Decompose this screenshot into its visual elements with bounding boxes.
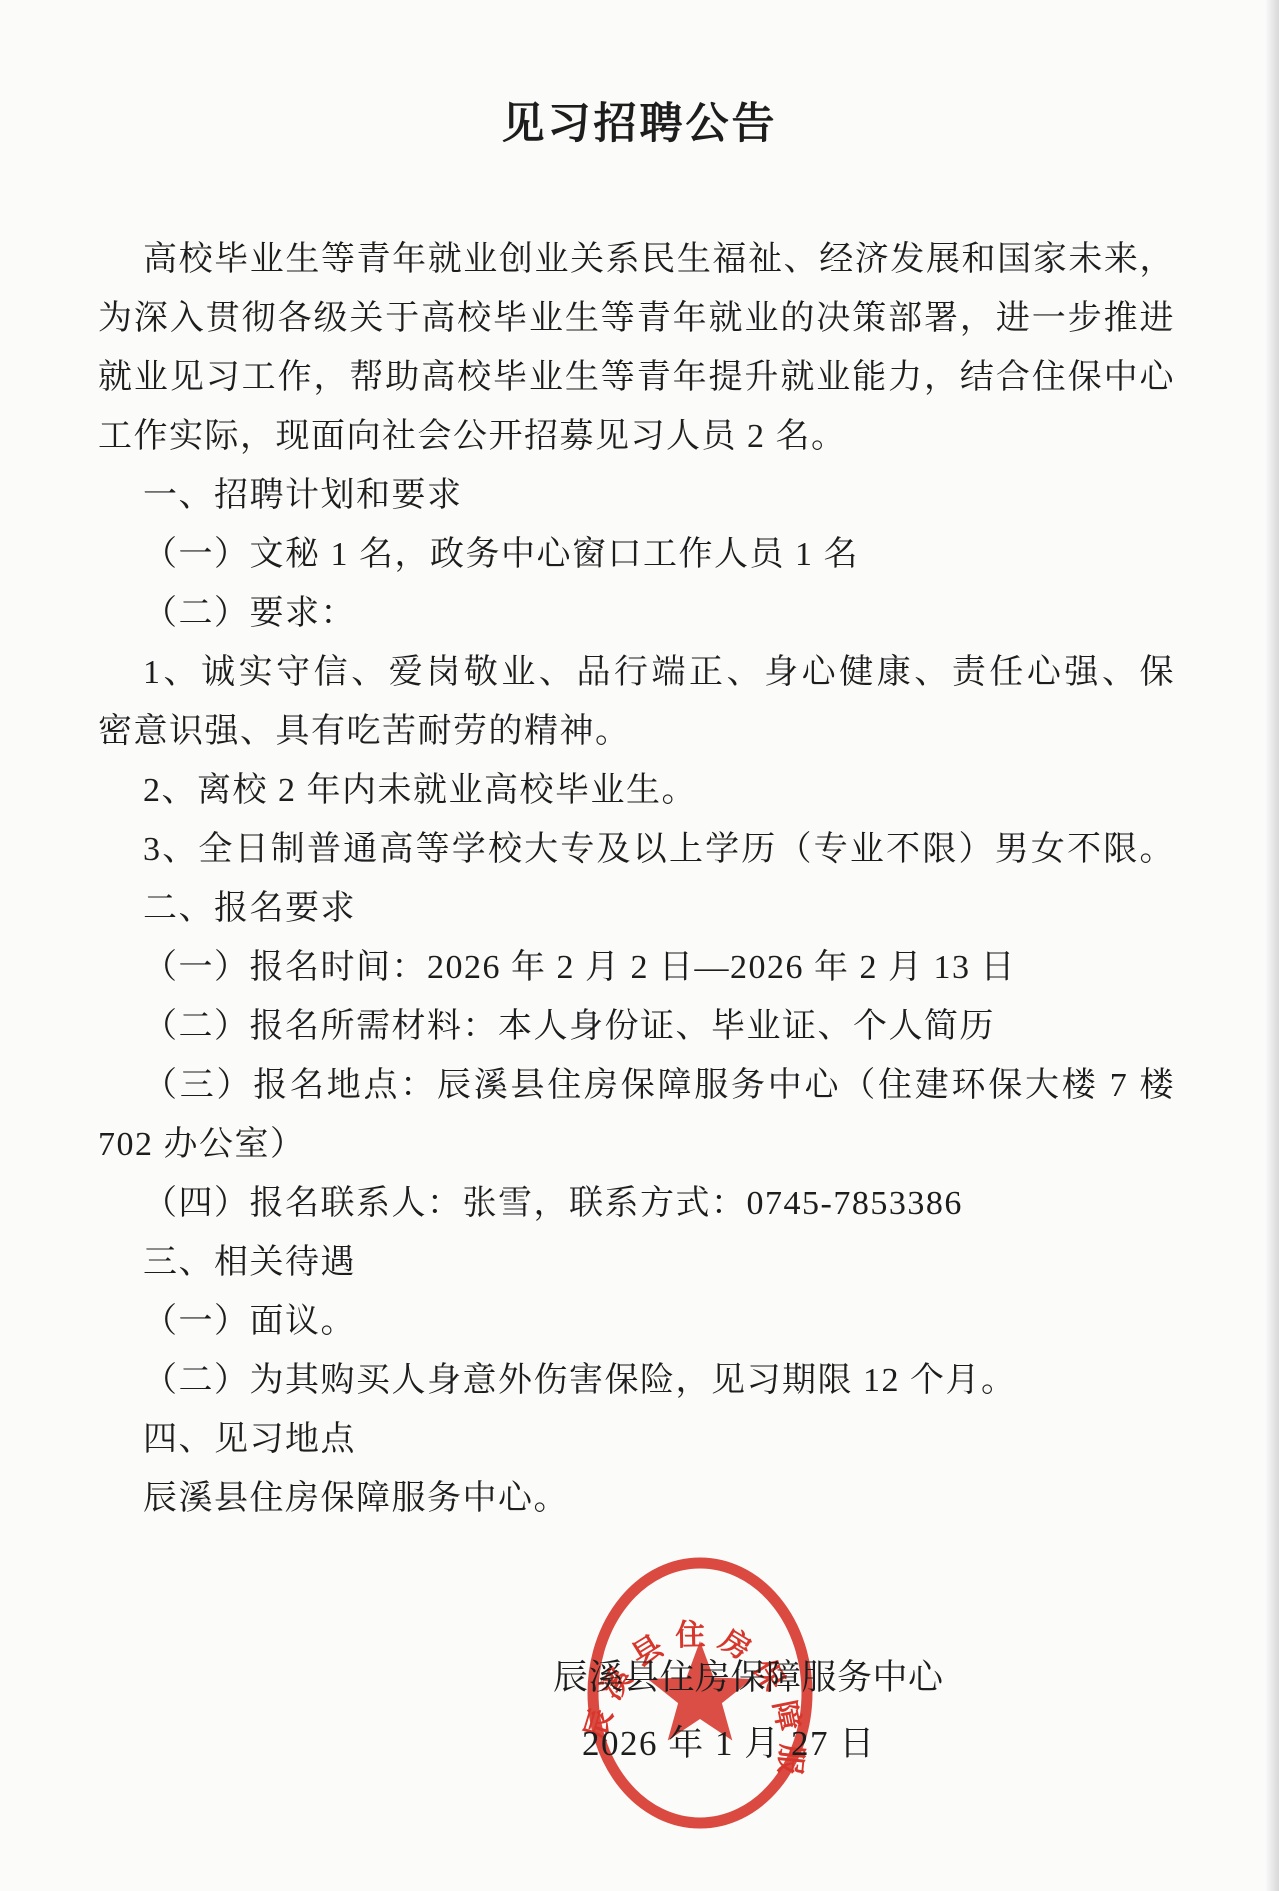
- body-line: 1、诚实守信、爱岗敬业、品行端正、身心健康、责任心强、保: [98, 643, 1175, 702]
- body-line: （一）报名时间：2026 年 2 月 2 日—2026 年 2 月 13 日: [98, 938, 1175, 997]
- document-page: 见习招聘公告 高校毕业生等青年就业创业关系民生福祉、经济发展和国家未来， 为深入…: [0, 0, 1279, 1891]
- body-line: 702 办公室）: [98, 1115, 1175, 1174]
- body-line: 就业见习工作，帮助高校毕业生等青年提升就业能力，结合住保中心: [98, 348, 1175, 407]
- body-line: 工作实际，现面向社会公开招募见习人员 2 名。: [98, 407, 1175, 466]
- body-line: 三、相关待遇: [98, 1233, 1175, 1292]
- body-line: 二、报名要求: [98, 879, 1175, 938]
- body-line: 高校毕业生等青年就业创业关系民生福祉、经济发展和国家未来，: [98, 230, 1175, 289]
- body-line: 一、招聘计划和要求: [98, 466, 1175, 525]
- body-line: 为深入贯彻各级关于高校毕业生等青年就业的决策部署，进一步推进: [98, 289, 1175, 348]
- body-line: （二）要求：: [98, 584, 1175, 643]
- scan-edge-shadow: [1265, 0, 1279, 1891]
- issue-date: 2026 年 1 月 27 日: [582, 1716, 876, 1766]
- body-line: （二）为其购买人身意外伤害保险，见习期限 12 个月。: [98, 1351, 1175, 1410]
- body-line: （四）报名联系人：张雪，联系方式：0745-7853386: [98, 1174, 1175, 1233]
- body-line: （一）面议。: [98, 1292, 1175, 1351]
- body-line: 2、离校 2 年内未就业高校毕业生。: [98, 761, 1175, 820]
- document-body: 高校毕业生等青年就业创业关系民生福祉、经济发展和国家未来， 为深入贯彻各级关于高…: [98, 230, 1175, 1528]
- issuer-name: 辰溪县住房保障服务中心: [553, 1650, 944, 1700]
- body-line: （一）文秘 1 名，政务中心窗口工作人员 1 名: [98, 525, 1175, 584]
- body-line: （二）报名所需材料：本人身份证、毕业证、个人简历: [98, 997, 1175, 1056]
- body-line: 3、全日制普通高等学校大专及以上学历（专业不限）男女不限。: [98, 820, 1175, 879]
- document-title: 见习招聘公告: [0, 90, 1279, 151]
- body-line: 密意识强、具有吃苦耐劳的精神。: [98, 702, 1175, 761]
- body-line: 辰溪县住房保障服务中心。: [98, 1469, 1175, 1528]
- body-line: 四、见习地点: [98, 1410, 1175, 1469]
- body-line: （三）报名地点：辰溪县住房保障服务中心（住建环保大楼 7 楼: [98, 1056, 1175, 1115]
